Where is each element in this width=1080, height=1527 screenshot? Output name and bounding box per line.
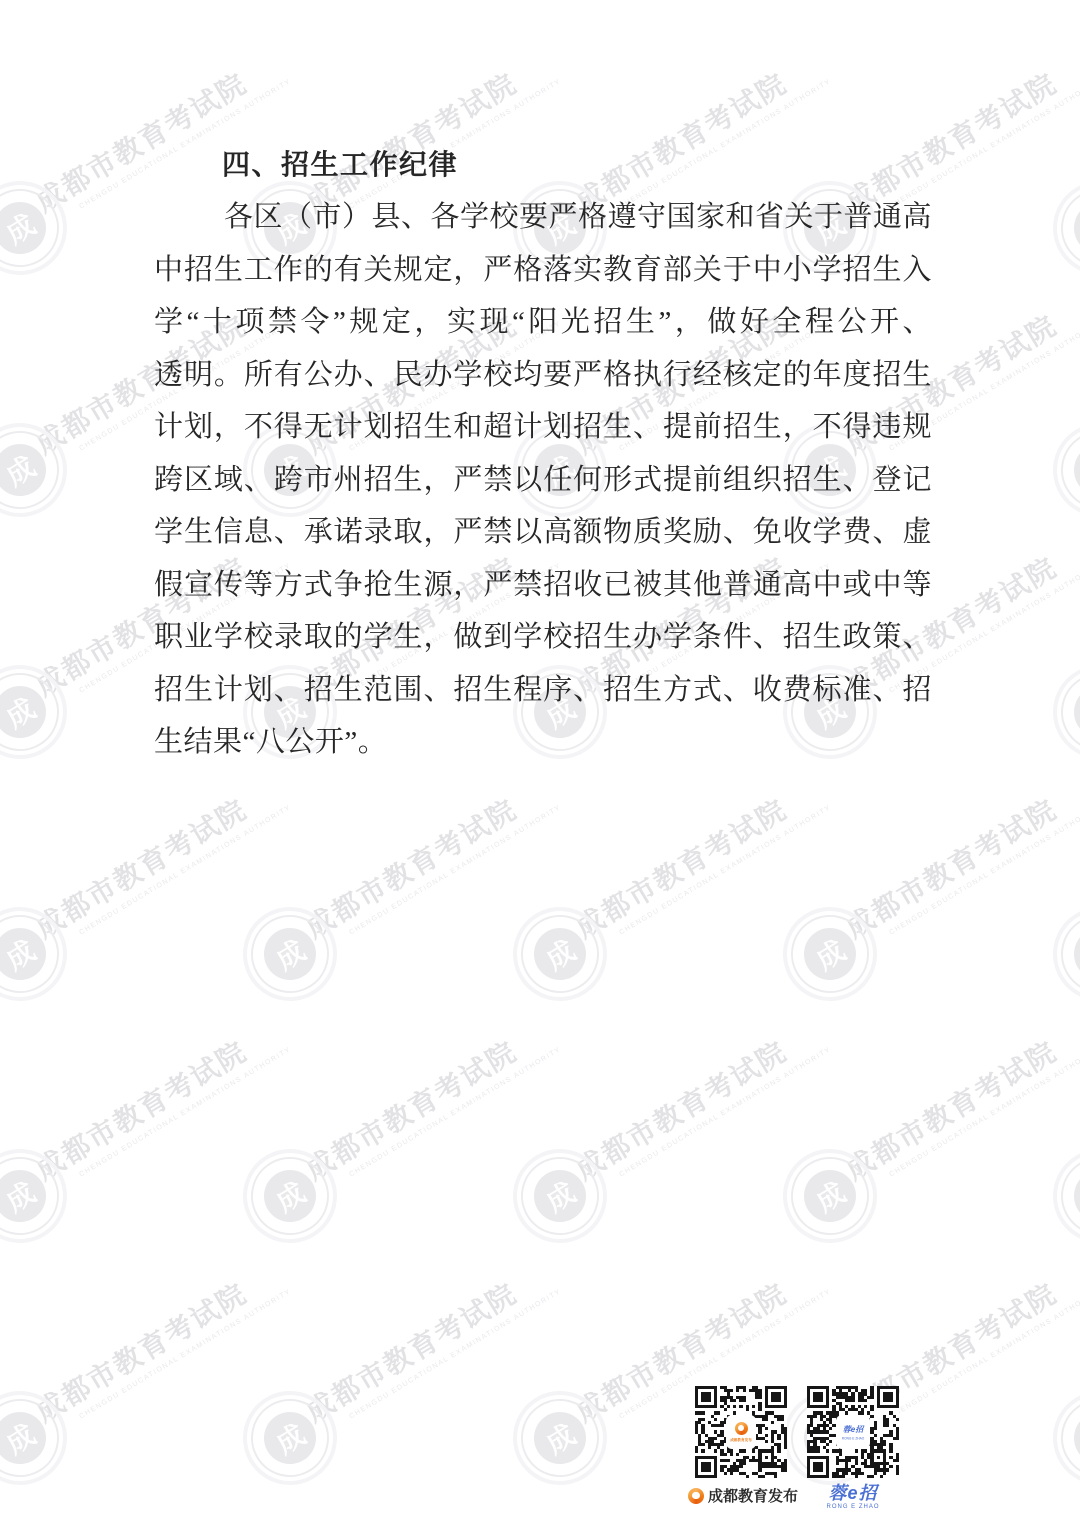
watermark-text: 成都市教育考试院CHENGDU EDUCATIONAL EXAMINATIONS… bbox=[298, 1010, 563, 1196]
watermark-text-en: CHENGDU EDUCATIONAL EXAMINATIONS AUTHORI… bbox=[618, 1046, 832, 1179]
watermark-text-cn: 成都市教育考试院 bbox=[28, 1252, 288, 1430]
watermark-text-en: CHENGDU EDUCATIONAL EXAMINATIONS AUTHORI… bbox=[78, 1046, 292, 1179]
qr-logo-text: 成都教育发布 bbox=[730, 1437, 752, 1442]
watermark-text-cn: 成都市教育考试院 bbox=[838, 768, 1080, 946]
watermark-seal: 成 bbox=[776, 900, 883, 1007]
watermark-text-cn: 成都市教育考试院 bbox=[838, 1010, 1080, 1188]
watermark-seal: 成 bbox=[1046, 416, 1080, 523]
watermark-seal-glyph: 成 bbox=[1064, 434, 1080, 505]
paragraph-line: 跨区域、跨市州招生，严禁以任何形式提前组织招生、登记 bbox=[154, 454, 932, 507]
paragraph-line: 计划，不得无计划招生和超计划招生、提前招生，不得违规 bbox=[154, 401, 932, 454]
watermark-seal: 成 bbox=[0, 900, 74, 1007]
paragraph-line: 生结果“八公开”。 bbox=[154, 716, 932, 769]
watermark-seal: 成 bbox=[0, 1142, 74, 1249]
qr-code-rong-e-zhao: 蓉e招 RONG E ZHAO bbox=[807, 1386, 899, 1478]
watermark-seal: 成 bbox=[0, 416, 74, 523]
paragraph-line: 中招生工作的有关规定，严格落实教育部关于中小学招生入 bbox=[154, 244, 932, 297]
watermark-seal: 成 bbox=[0, 174, 74, 281]
watermark-seal-glyph: 成 bbox=[1064, 192, 1080, 263]
watermark-seal-glyph: 成 bbox=[1064, 676, 1080, 747]
watermark-text-cn: 成都市教育考试院 bbox=[298, 1252, 558, 1430]
watermark-seal-glyph: 成 bbox=[524, 918, 595, 989]
watermark-text: 成都市教育考试院CHENGDU EDUCATIONAL EXAMINATIONS… bbox=[28, 1010, 293, 1196]
qr-caption-right: 蓉e招 RONG E ZHAO bbox=[807, 1484, 899, 1510]
paragraph-line: 假宣传等方式争抢生源，严禁招收已被其他普通高中或中等 bbox=[154, 559, 932, 612]
watermark-seal-glyph: 成 bbox=[0, 918, 56, 989]
qr-center-logo-orange: 成都教育发布 bbox=[728, 1417, 754, 1447]
paragraph-line: 各区（市）县、各学校要严格遵守国家和省关于普通高 bbox=[154, 191, 932, 244]
watermark-text-cn: 成都市教育考试院 bbox=[28, 1010, 288, 1188]
section-heading: 四、招生工作纪律 bbox=[222, 139, 932, 191]
watermark-seal: 成 bbox=[1046, 174, 1080, 281]
rong-e-zhao-mini-logo: 蓉e招 bbox=[843, 1424, 863, 1435]
watermark-text-en: CHENGDU EDUCATIONAL EXAMINATIONS AUTHORI… bbox=[348, 1046, 562, 1179]
watermark-seal-glyph: 成 bbox=[1064, 918, 1080, 989]
paragraph-line: 透明。所有公办、民办学校均要严格执行经核定的年度招生 bbox=[154, 349, 932, 402]
watermark-text-cn: 成都市教育考试院 bbox=[568, 768, 828, 946]
watermark-seal: 成 bbox=[0, 1384, 74, 1491]
rong-e-zhao-logo-sub: RONG E ZHAO bbox=[807, 1504, 899, 1511]
watermark-text: 成都市教育考试院CHENGDU EDUCATIONAL EXAMINATIONS… bbox=[838, 768, 1080, 954]
watermark-seal: 成 bbox=[506, 900, 613, 1007]
document-content: 四、招生工作纪律 各区（市）县、各学校要严格遵守国家和省关于普通高中招生工作的有… bbox=[154, 139, 932, 769]
watermark-text-en: CHENGDU EDUCATIONAL EXAMINATIONS AUTHORI… bbox=[618, 804, 832, 937]
watermark-seal-glyph: 成 bbox=[0, 1402, 56, 1473]
qr-code-chengdu-education: 成都教育发布 bbox=[695, 1386, 787, 1478]
qr-center-logo-blue: 蓉e招 RONG E ZHAO bbox=[838, 1417, 868, 1447]
qr-caption-left: 成都教育发布 bbox=[688, 1485, 798, 1506]
watermark-seal: 成 bbox=[506, 1142, 613, 1249]
rong-e-zhao-logo: 蓉e招 bbox=[807, 1484, 899, 1504]
body-paragraph: 各区（市）县、各学校要严格遵守国家和省关于普通高中招生工作的有关规定，严格落实教… bbox=[154, 191, 932, 769]
paragraph-line: 学“十项禁令”规定，实现“阳光招生”，做好全程公开、 bbox=[154, 296, 932, 349]
watermark-seal-glyph: 成 bbox=[794, 1160, 865, 1231]
watermark-seal-glyph: 成 bbox=[524, 1402, 595, 1473]
orange-ring-icon bbox=[735, 1422, 748, 1435]
qr-caption-left-text: 成都教育发布 bbox=[708, 1485, 798, 1506]
watermark-text-cn: 成都市教育考试院 bbox=[298, 768, 558, 946]
watermark-seal: 成 bbox=[236, 900, 343, 1007]
watermark-seal: 成 bbox=[236, 1142, 343, 1249]
watermark-text: 成都市教育考试院CHENGDU EDUCATIONAL EXAMINATIONS… bbox=[838, 1010, 1080, 1196]
watermark-seal-glyph: 成 bbox=[0, 1160, 56, 1231]
watermark-seal-glyph: 成 bbox=[1064, 1160, 1080, 1231]
watermark-seal: 成 bbox=[1046, 1142, 1080, 1249]
watermark-text-cn: 成都市教育考试院 bbox=[568, 1010, 828, 1188]
watermark-text-en: CHENGDU EDUCATIONAL EXAMINATIONS AUTHORI… bbox=[348, 804, 562, 937]
watermark-seal-glyph: 成 bbox=[254, 918, 325, 989]
watermark-text-en: CHENGDU EDUCATIONAL EXAMINATIONS AUTHORI… bbox=[888, 1046, 1080, 1179]
watermark-text-en: CHENGDU EDUCATIONAL EXAMINATIONS AUTHORI… bbox=[78, 804, 292, 937]
watermark-text-en: CHENGDU EDUCATIONAL EXAMINATIONS AUTHORI… bbox=[888, 804, 1080, 937]
document-page: 成都市教育考试院CHENGDU EDUCATIONAL EXAMINATIONS… bbox=[0, 0, 1080, 1527]
watermark-seal-glyph: 成 bbox=[794, 918, 865, 989]
watermark-seal: 成 bbox=[1046, 658, 1080, 765]
watermark-text-en: CHENGDU EDUCATIONAL EXAMINATIONS AUTHORI… bbox=[348, 1288, 562, 1421]
watermark-text-en: CHENGDU EDUCATIONAL EXAMINATIONS AUTHORI… bbox=[888, 1288, 1080, 1421]
watermark-text: 成都市教育考试院CHENGDU EDUCATIONAL EXAMINATIONS… bbox=[568, 1010, 833, 1196]
watermark-seal: 成 bbox=[506, 1384, 613, 1491]
watermark-seal-glyph: 成 bbox=[0, 192, 56, 263]
watermark-seal: 成 bbox=[1046, 900, 1080, 1007]
watermark-seal-glyph: 成 bbox=[524, 1160, 595, 1231]
watermark-text: 成都市教育考试院CHENGDU EDUCATIONAL EXAMINATIONS… bbox=[298, 768, 563, 954]
watermark-seal-glyph: 成 bbox=[0, 434, 56, 505]
watermark-seal-glyph: 成 bbox=[254, 1160, 325, 1231]
watermark-text-cn: 成都市教育考试院 bbox=[28, 768, 288, 946]
watermark-text: 成都市教育考试院CHENGDU EDUCATIONAL EXAMINATIONS… bbox=[298, 1252, 563, 1438]
watermark-seal: 成 bbox=[776, 1142, 883, 1249]
watermark-text: 成都市教育考试院CHENGDU EDUCATIONAL EXAMINATIONS… bbox=[568, 768, 833, 954]
watermark-text: 成都市教育考试院CHENGDU EDUCATIONAL EXAMINATIONS… bbox=[28, 768, 293, 954]
watermark-seal-glyph: 成 bbox=[1064, 1402, 1080, 1473]
watermark-seal: 成 bbox=[236, 1384, 343, 1491]
paragraph-line: 招生计划、招生范围、招生程序、招生方式、收费标准、招 bbox=[154, 664, 932, 717]
watermark-text-en: CHENGDU EDUCATIONAL EXAMINATIONS AUTHORI… bbox=[78, 1288, 292, 1421]
watermark-seal-glyph: 成 bbox=[254, 1402, 325, 1473]
watermark-seal: 成 bbox=[0, 658, 74, 765]
watermark-text-cn: 成都市教育考试院 bbox=[298, 1010, 558, 1188]
watermark-seal-glyph: 成 bbox=[0, 676, 56, 747]
orange-ring-icon bbox=[688, 1488, 704, 1504]
watermark-seal: 成 bbox=[1046, 1384, 1080, 1491]
paragraph-line: 学生信息、承诺录取，严禁以高额物质奖励、免收学费、虚 bbox=[154, 506, 932, 559]
paragraph-line: 职业学校录取的学生，做到学校招生办学条件、招生政策、 bbox=[154, 611, 932, 664]
watermark-text: 成都市教育考试院CHENGDU EDUCATIONAL EXAMINATIONS… bbox=[28, 1252, 293, 1438]
rong-e-zhao-mini-sub: RONG E ZHAO bbox=[842, 1436, 864, 1440]
